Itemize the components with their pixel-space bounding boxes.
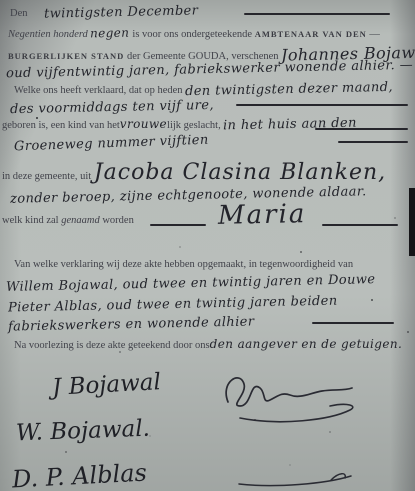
- signature-witness-dp: D. P. Alblas: [11, 458, 147, 491]
- handwritten-year-unit: negen: [90, 26, 130, 41]
- fill-line: [338, 141, 408, 143]
- page-edge-bar: [409, 188, 415, 256]
- fill-line: [322, 224, 398, 226]
- line-closing: Na voorlezing is deze akte geteekend doo…: [14, 337, 402, 351]
- line-witness1: Willem Bojawal, oud twee en twintig jare…: [6, 276, 376, 291]
- handwritten-declaration-date: den twintigsten dezer maand,: [185, 80, 393, 99]
- printed-closing: Na voorlezing is deze akte geteekend doo…: [14, 340, 210, 351]
- printed-birth: geboren is, een kind van het: [2, 120, 120, 131]
- line-child-name: welk kind zal genaamd worden: [2, 215, 134, 226]
- handwritten-house: in het huis aan den: [223, 116, 357, 134]
- handwritten-mother-details: zonder beroep, zijne echtgenoote, wonend…: [10, 184, 367, 206]
- line-declaration: Welke ons heeft verklaard, dat op heden …: [14, 82, 393, 97]
- handwritten-mother-name: Jacoba Clasina Blanken,: [94, 160, 386, 185]
- line-witness3: fabriekswerkers en wonende alhier: [8, 317, 254, 332]
- printed-den: Den: [10, 8, 28, 19]
- printed-witness-intro: Van welke verklaring wij deze akte hebbe…: [14, 259, 353, 270]
- fill-line: [244, 13, 390, 15]
- printed-registrar-intro: is voor ons ondergeteekende: [132, 29, 252, 40]
- printed-declaration: Welke ons heeft verklaard, dat op heden: [14, 85, 183, 96]
- child-name: Maria: [218, 200, 306, 230]
- handwritten-child-name: Maria: [218, 199, 307, 231]
- handwritten-witness3: fabriekswerkers en wonende alhier: [8, 314, 255, 334]
- line-witness-intro: Van welke verklaring wij deze akte hebbe…: [14, 259, 353, 270]
- fill-line: [312, 322, 394, 324]
- fill-line: [236, 104, 408, 106]
- fill-line: [150, 224, 206, 226]
- handwritten-witness1: Willem Bojawal, oud twee en twintig jare…: [6, 272, 376, 295]
- line-year: Negentien honderd negen is voor ons onde…: [8, 26, 380, 40]
- fill-line: [315, 128, 408, 130]
- line-mother-details: zonder beroep, zijne echtgenoote, wonend…: [10, 188, 367, 203]
- line-declarant-details: oud vijfentwintig jaren, fabriekswerker …: [6, 62, 413, 77]
- handwritten-date: twintigsten December: [44, 3, 199, 21]
- printed-geslacht: lijk geslacht,: [167, 120, 221, 131]
- line-time: des voormiddags ten vijf ure,: [10, 100, 214, 115]
- printed-burgerlijke-stand-caps: BURGERLIJKEN STAND: [8, 51, 124, 61]
- line-address: Groeneweg nummer vijftien: [14, 136, 209, 151]
- printed-gemeente-uit: in deze gemeente, uit: [2, 171, 91, 182]
- handwritten-closing: den aangever en de getuigen.: [210, 337, 403, 351]
- document-photo: Den twintigsten December Negentien honde…: [0, 0, 415, 491]
- line-date: Den twintigsten December: [10, 5, 198, 20]
- official-signature-flourish-icon: [210, 362, 400, 424]
- printed-year-prefix: Negentien honderd: [8, 29, 88, 40]
- handwritten-time: des voormiddags ten vijf ure,: [10, 98, 214, 117]
- handwritten-address: Groeneweg nummer vijftien: [14, 133, 209, 155]
- signature-witness-w: W. Bojawal.: [16, 416, 151, 447]
- handwritten-declarant-details: oud vijfentwintig jaren, fabriekswerker …: [6, 58, 413, 82]
- line-witness2: Pieter Alblas, oud twee en twintig jaren…: [8, 297, 338, 312]
- handwritten-sex: vrouwe: [120, 117, 167, 131]
- signature-declarant: J Bojawal: [51, 369, 161, 401]
- line-birth: geboren is, een kind van hetvrouwelijk g…: [2, 117, 357, 132]
- handwritten-witness2: Pieter Alblas, oud twee en twintig jaren…: [8, 294, 338, 316]
- printed-dash: —: [369, 29, 380, 40]
- line-mother: in deze gemeente, uit Jacoba Clasina Bla…: [2, 160, 386, 185]
- printed-welk-kind: welk kind zal: [2, 215, 59, 226]
- printed-ambtenaar-caps: AMBTENAAR VAN DEN: [255, 29, 367, 39]
- printed-worden: worden: [102, 215, 134, 226]
- printed-genaamd: genaamd: [61, 215, 100, 226]
- signature-flourish-bottom-icon: [235, 468, 355, 488]
